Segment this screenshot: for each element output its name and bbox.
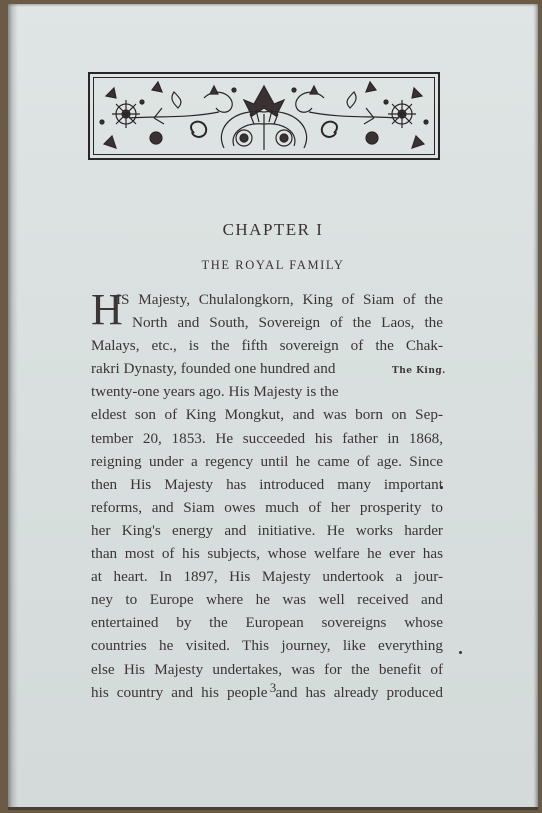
chapter-subtitle: THE ROYAL FAMILY	[8, 258, 538, 273]
text-line: rakri Dynasty, founded one hundred and	[91, 357, 359, 380]
drop-cap: H	[91, 290, 123, 330]
floral-ornament-icon	[93, 77, 435, 155]
text-line: IS Majesty, Chulalongkorn, King of Siam …	[91, 288, 443, 311]
text-line: at heart. In 1897, His Majesty undertook…	[91, 565, 443, 588]
text-line: ney to Europe where he was well received…	[91, 588, 443, 611]
text-line: twenty-one years ago. His Majesty is the	[91, 380, 359, 403]
text-line: countries he visited. This journey, like…	[91, 634, 443, 657]
marginal-note: The King.	[392, 366, 446, 376]
text-line: Malays, etc., is the fifth sovereign of …	[91, 334, 443, 357]
page-bottom-edge	[8, 807, 538, 810]
text-line: else His Majesty undertakes, was for the…	[91, 658, 443, 681]
body-paragraph: H IS Majesty, Chulalongkorn, King of Sia…	[91, 288, 443, 704]
ornamental-headpiece	[88, 72, 440, 160]
floral-ornament-svg	[94, 78, 434, 154]
ink-speck	[440, 486, 443, 489]
ink-speck	[459, 651, 462, 654]
text-line: reforms, and Siam owes much of her prosp…	[91, 496, 443, 519]
text-line: than most of his subjects, whose welfare…	[91, 542, 443, 565]
text-line: eldest son of King Mongkut, and was born…	[91, 403, 443, 426]
page-number: 3	[8, 680, 538, 696]
text-line: her King's energy and initiative. He wor…	[91, 519, 443, 542]
text-line: entertained by the European sovereigns w…	[91, 611, 443, 634]
text-line: then His Majesty has introduced many imp…	[91, 473, 443, 496]
text-line: North and South, Sovereign of the Laos, …	[91, 311, 443, 334]
chapter-title: CHAPTER I	[8, 220, 538, 240]
book-page: CHAPTER I THE ROYAL FAMILY H IS Majesty,…	[8, 4, 538, 810]
text-line: reigning under a regency until he came o…	[91, 450, 443, 473]
text-line: tember 20, 1853. He succeeded his father…	[91, 427, 443, 450]
